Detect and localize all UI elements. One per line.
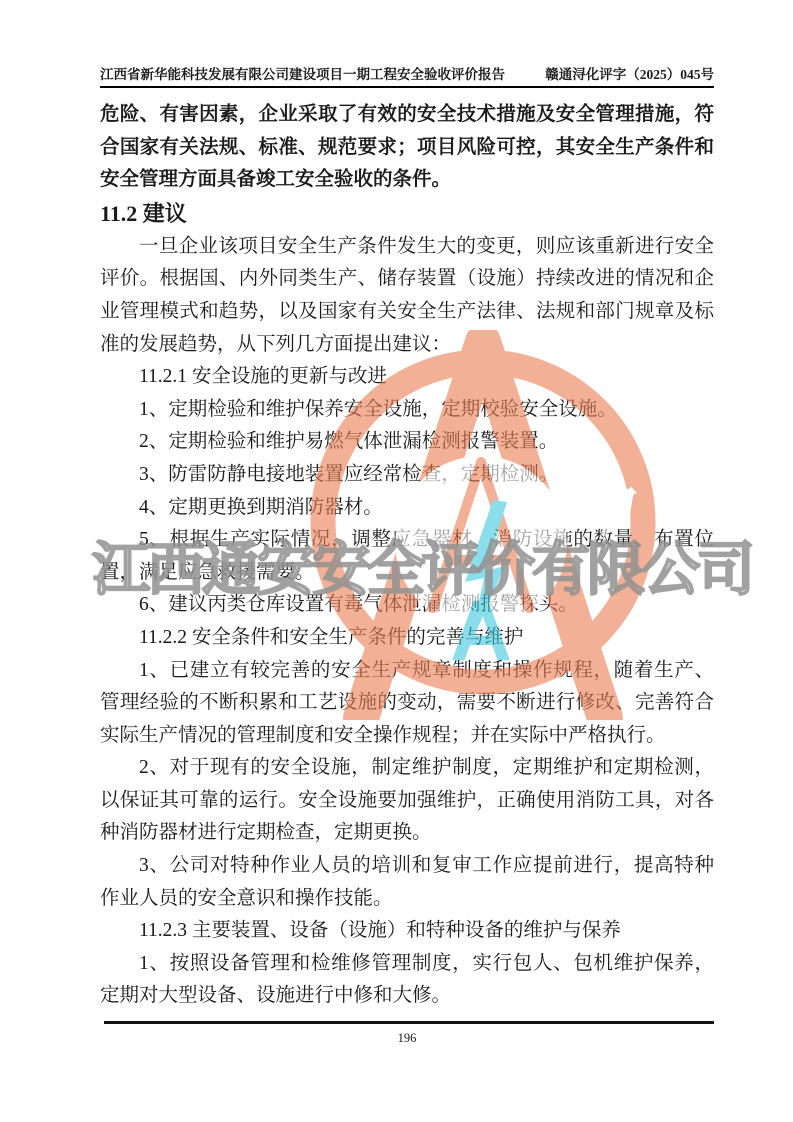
list-item: 5、根据生产实际情况，调整应急器材、消防设施的数量、布置位置，满足应急救援需要。: [100, 524, 714, 589]
list-item: 1、已建立有较完善的安全生产规章制度和操作规程，随着生产、管理经验的不断积累和工…: [100, 655, 714, 753]
page-number: 196: [100, 1031, 714, 1046]
document-page: 江西省新华能科技发展有限公司建设项目一期工程安全验收评价报告 赣通浔化评字（20…: [0, 0, 793, 1122]
list-item: 1、定期检验和维护保养安全设施，定期校验安全设施。: [100, 394, 714, 427]
page-header: 江西省新华能科技发展有限公司建设项目一期工程安全验收评价报告 赣通浔化评字（20…: [100, 58, 714, 88]
section-heading-11-2: 11.2 建议: [100, 197, 714, 231]
paragraph-overview: 一旦企业该项目安全生产条件发生大的变更，则应该重新进行安全评价。根据国、内外同类…: [100, 231, 714, 361]
header-doc-number: 赣通浔化评字（2025）045号: [545, 63, 714, 83]
list-item: 1、按照设备管理和检维修管理制度，实行包人、包机维护保养，定期对大型设备、设施进…: [100, 948, 714, 1013]
list-item: 2、对于现有的安全设施，制定维护制度，定期维护和定期检测，以保证其可靠的运行。安…: [100, 752, 714, 850]
header-report-title: 江西省新华能科技发展有限公司建设项目一期工程安全验收评价报告: [100, 63, 505, 83]
list-item: 2、定期检验和维护易燃气体泄漏检测报警装置。: [100, 426, 714, 459]
subsection-title-11-2-2: 11.2.2 安全条件和安全生产条件的完善与维护: [100, 622, 714, 655]
list-item: 3、防雷防静电接地装置应经常检查，定期检测。: [100, 459, 714, 492]
paragraph-conclusion-continued: 危险、有害因素，企业采取了有效的安全技术措施及安全管理措施，符合国家有关法规、标…: [100, 99, 714, 197]
list-item: 3、公司对特种作业人员的培训和复审工作应提前进行，提高特种作业人员的安全意识和操…: [100, 850, 714, 915]
document-body: 危险、有害因素，企业采取了有效的安全技术措施及安全管理措施，符合国家有关法规、标…: [100, 99, 714, 1013]
list-item: 6、建议丙类仓库设置有毒气体泄漏检测报警探头。: [100, 589, 714, 622]
subsection-title-11-2-3: 11.2.3 主要装置、设备（设施）和特种设备的维护与保养: [100, 915, 714, 948]
footer-rule: [104, 1021, 714, 1024]
subsection-title-11-2-1: 11.2.1 安全设施的更新与改进: [100, 361, 714, 394]
list-item: 4、定期更换到期消防器材。: [100, 492, 714, 525]
